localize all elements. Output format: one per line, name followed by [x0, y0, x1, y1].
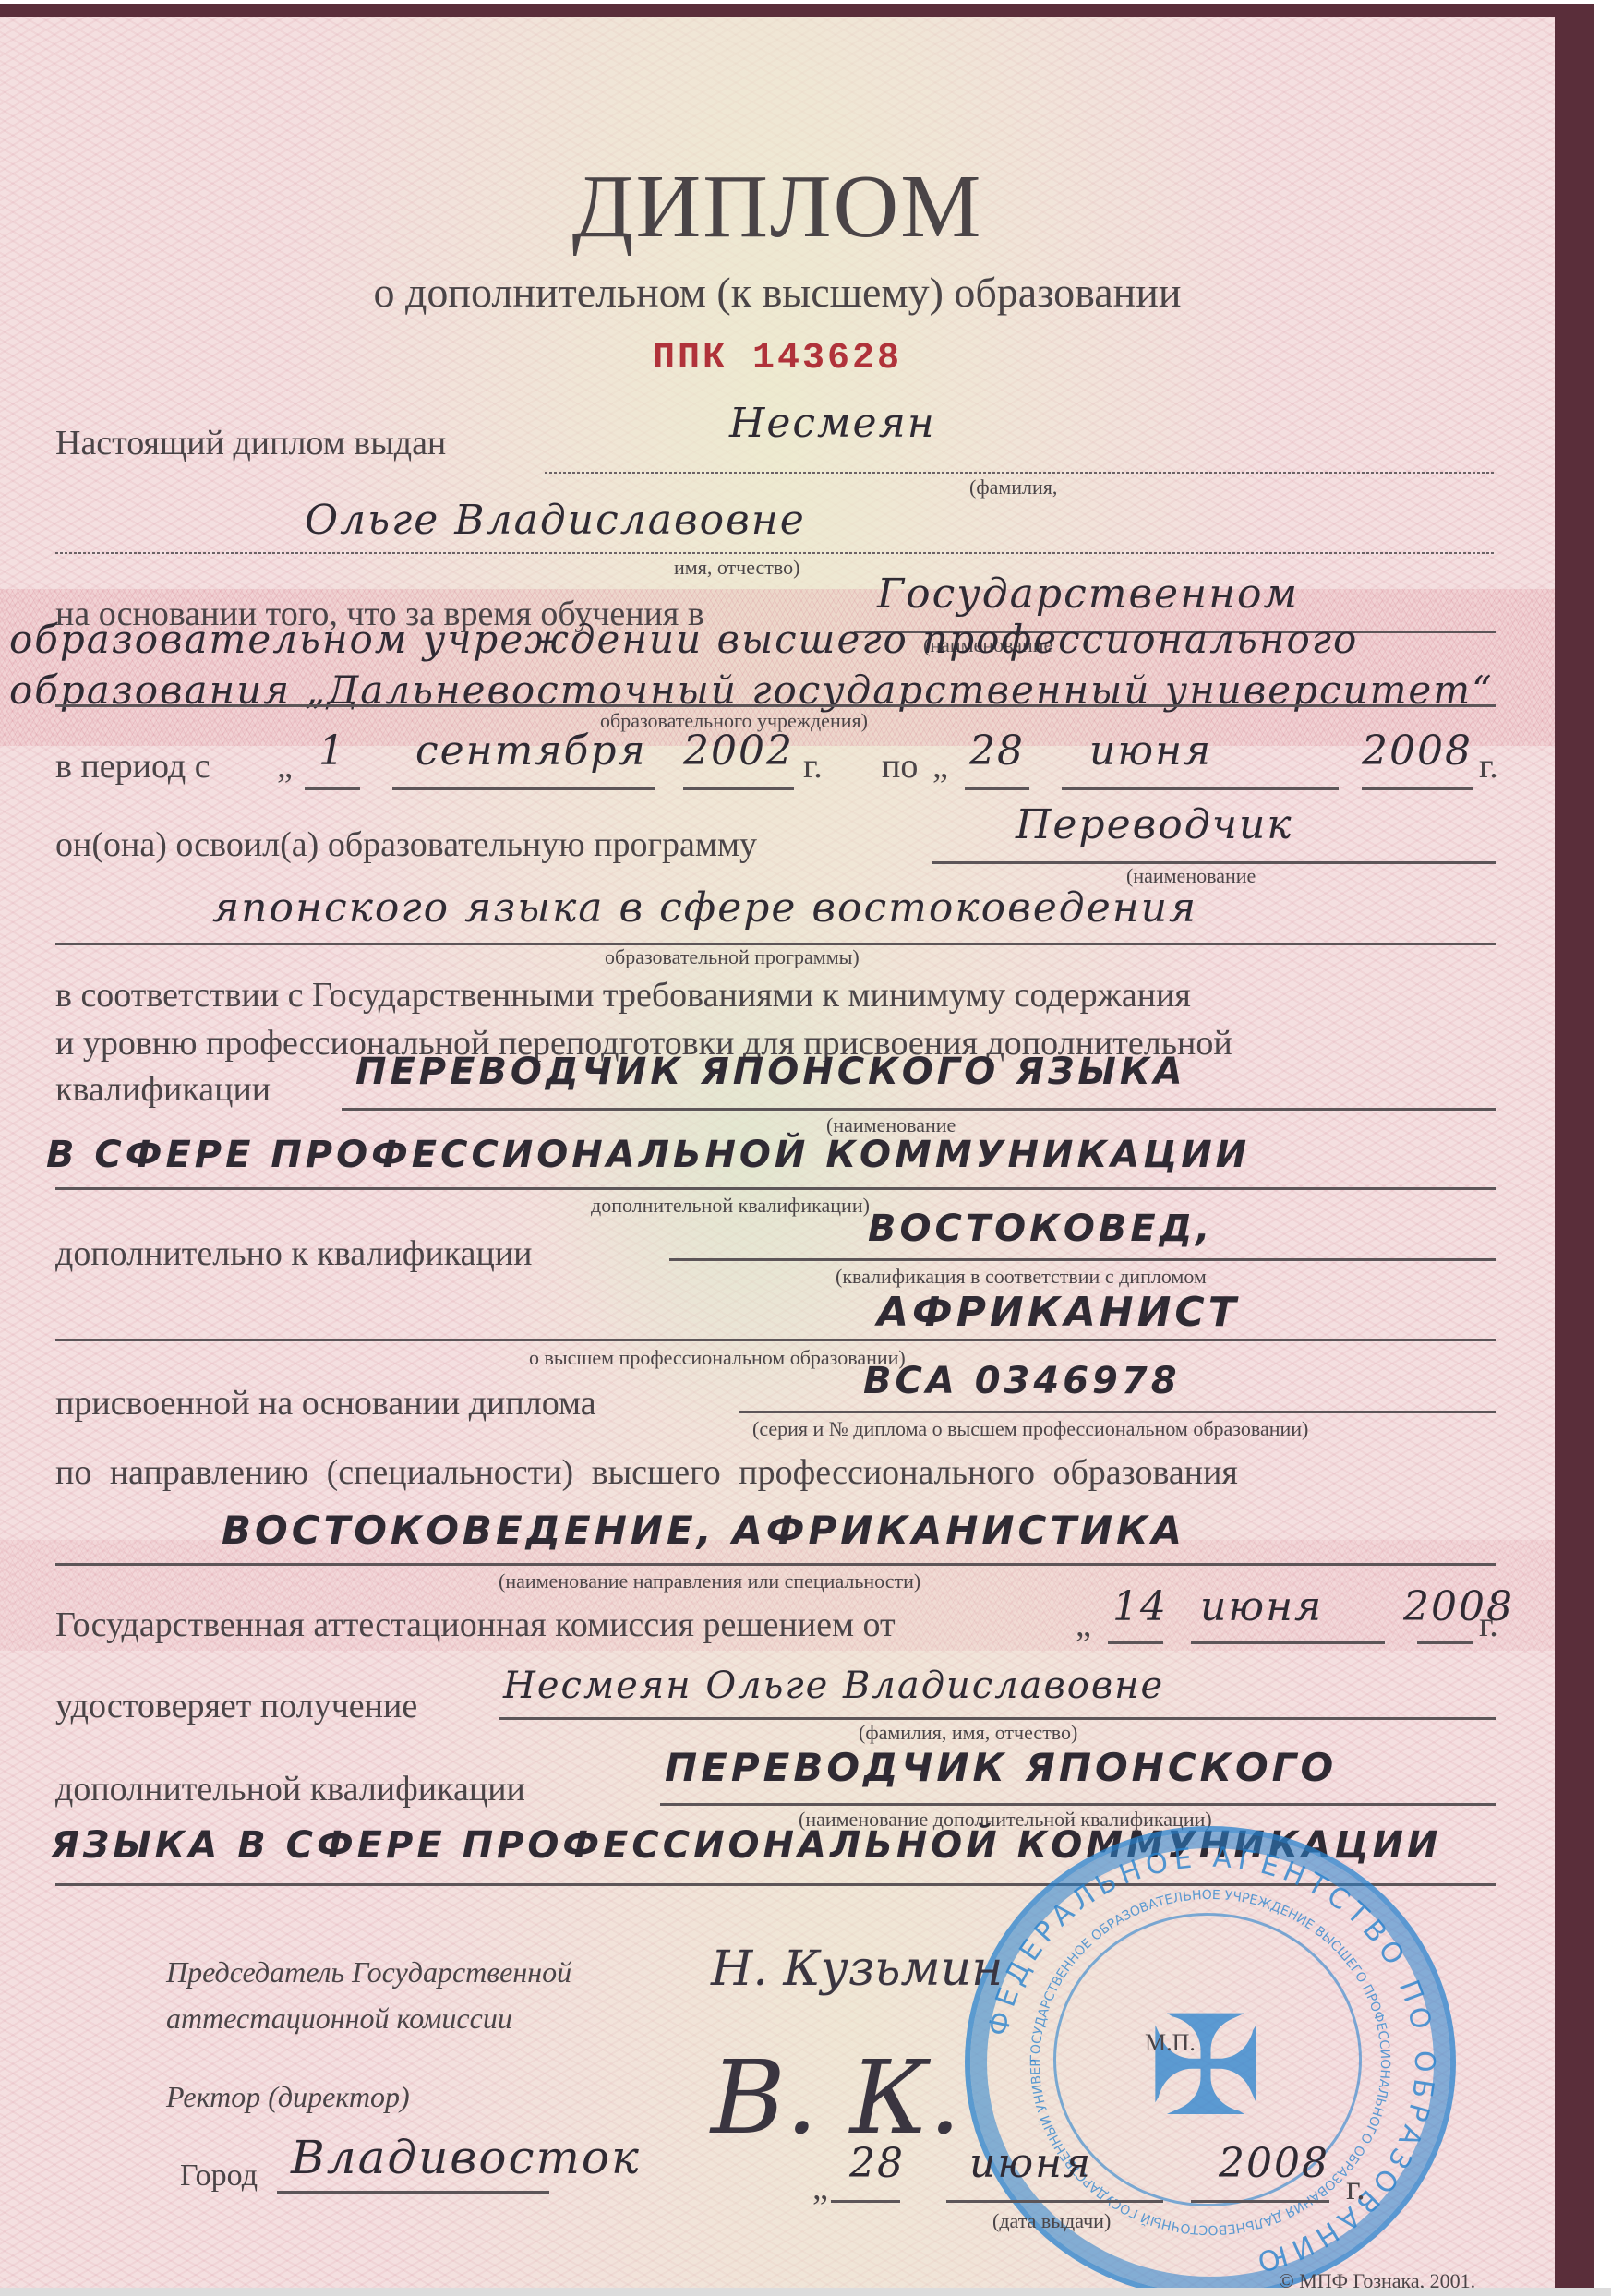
period-to-day: 28 — [969, 727, 1025, 775]
period-to-month: июня — [1089, 727, 1212, 775]
additional-qualification-line1: ПЕРЕВОДЧИК ЯПОНСКОГО — [665, 1745, 1337, 1790]
commission-month: июня — [1200, 1583, 1323, 1630]
scan-background — [0, 2288, 1611, 2296]
field-line — [545, 472, 1496, 474]
caption-issue-date: (дата выдачи) — [992, 2209, 1111, 2233]
program-label: он(она) освоил(а) образовательную програ… — [55, 824, 757, 865]
additional-qualification-label: дополнительной квалификации — [55, 1769, 525, 1809]
specialty-value: ВОСТОКОВЕДЕНИЕ, АФРИКАНИСТИКА — [222, 1508, 1185, 1553]
recipient-surname: Несмеян — [729, 400, 936, 447]
qualification-line1: ПЕРЕВОДЧИК ЯПОНСКОГО ЯЗЫКА — [355, 1051, 1186, 1093]
issue-month: июня — [969, 2140, 1092, 2187]
base-diploma-value: ВСА 0346978 — [863, 1360, 1181, 1402]
base-diploma-label: присвоенной на основании диплома — [55, 1383, 596, 1424]
year-suffix: г. — [1479, 746, 1498, 787]
recipient-name: Ольге Владиславовне — [305, 497, 806, 544]
program-line2: японского языка в сфере востоковедения — [212, 884, 1197, 932]
field-line — [669, 1258, 1496, 1261]
city-label: Город — [180, 2158, 258, 2194]
field-line — [965, 787, 1029, 790]
commission-day: 14 — [1112, 1583, 1168, 1630]
requirements-line1: в соответствии с Государственными требов… — [55, 975, 1191, 1016]
city-value: Владивосток — [291, 2131, 641, 2184]
caption-qualification-bottom: дополнительной квалификации) — [591, 1194, 870, 1218]
quote-mark: „ — [277, 746, 293, 787]
recipient-label: Настоящий диплом выдан — [55, 423, 446, 463]
year-suffix: г. — [803, 746, 823, 787]
caption-base-qualification-bottom: о высшем профессиональном образовании) — [529, 1346, 906, 1370]
field-line — [1191, 2200, 1329, 2203]
field-line — [1362, 787, 1473, 790]
field-line — [55, 1563, 1496, 1566]
period-label-to: по — [882, 746, 918, 787]
caption-surname: (фамилия, — [969, 475, 1057, 499]
period-to-year: 2008 — [1362, 727, 1473, 775]
issue-year: 2008 — [1219, 2140, 1329, 2187]
chair-label-1: Председатель Государственной — [166, 1955, 571, 1989]
base-qualification-line1: ВОСТОКОВЕД, — [868, 1208, 1213, 1250]
coat-of-arms-icon: ✠ — [1127, 1989, 1284, 2146]
field-line — [55, 552, 1496, 554]
seal-label: М.П. — [1145, 2029, 1196, 2057]
field-line — [55, 1187, 1496, 1190]
base-qualification-label: дополнительно к квалификации — [55, 1233, 533, 1274]
rector-label: Ректор (директор) — [166, 2080, 410, 2114]
caption-program-bottom: образовательной программы) — [605, 945, 860, 969]
caption-certifies: (фамилия, имя, отчество) — [859, 1721, 1077, 1745]
document-title: ДИПЛОМ — [0, 155, 1555, 258]
field-line — [739, 1411, 1496, 1413]
field-line — [55, 1339, 1496, 1341]
document-subtitle: о дополнительном (к высшему) образовании — [0, 268, 1555, 317]
issue-day: 28 — [849, 2140, 905, 2187]
period-from-month: сентября — [415, 727, 647, 775]
serial-number: ППК 143628 — [0, 338, 1555, 379]
quote-mark: „ — [932, 746, 948, 787]
caption-base-diploma: (серия и № диплома о высшем профессионал… — [752, 1417, 1308, 1441]
field-line — [499, 1717, 1496, 1720]
field-line — [683, 787, 794, 790]
commission-label: Государственная аттестационная комиссия … — [55, 1605, 896, 1645]
institution-line1: Государственном — [877, 571, 1299, 618]
caption-specialty: (наименование направления или специально… — [499, 1569, 920, 1593]
field-line — [1191, 1641, 1385, 1644]
specialty-label: по направлению (специальности) высшего п… — [55, 1452, 1238, 1493]
field-line — [946, 2200, 1163, 2203]
quote-mark: „ — [1076, 1605, 1091, 1645]
certifies-label: удостоверяет получение — [55, 1686, 417, 1726]
rector-signature: В. К. — [711, 2038, 961, 2157]
period-from-day: 1 — [319, 727, 346, 775]
institution-line2: образовательном учреждении высшего профе… — [9, 617, 1358, 662]
field-line — [660, 1803, 1496, 1806]
field-line — [305, 787, 360, 790]
printer-copyright: © МПФ Гознака, 2001. — [1279, 2269, 1475, 2288]
field-line — [831, 2200, 900, 2203]
diploma-page: ДИПЛОМ о дополнительном (к высшему) обра… — [0, 17, 1555, 2288]
field-line — [1062, 787, 1339, 790]
year-suffix: г. — [1346, 2168, 1365, 2208]
chair-signature: Н. Кузьмин — [711, 1941, 1003, 1997]
certifies-value: Несмеян Ольге Владиславовне — [503, 1665, 1164, 1707]
year-suffix: г. — [1479, 1605, 1498, 1645]
field-line — [1417, 1641, 1473, 1644]
field-line — [55, 704, 1496, 707]
qualification-label: квалификации — [55, 1069, 271, 1110]
chair-label-2: аттестационной комиссии — [166, 2001, 512, 2036]
program-line1: Переводчик — [1016, 801, 1293, 848]
field-line — [1108, 1641, 1163, 1644]
field-line — [392, 787, 655, 790]
caption-base-qualification-top: (квалификация в соответствии с дипломом — [836, 1265, 1207, 1289]
caption-name: имя, отчество) — [674, 556, 799, 580]
period-from-year: 2002 — [683, 727, 794, 775]
period-label-from: в период с — [55, 746, 210, 787]
base-qualification-line2: АФРИКАНИСТ — [877, 1289, 1240, 1336]
qualification-line2: В СФЕРЕ ПРОФЕССИОНАЛЬНОЙ КОММУНИКАЦИИ — [46, 1134, 1250, 1176]
field-line — [277, 2191, 549, 2194]
quote-mark: „ — [812, 2168, 828, 2208]
field-line — [342, 1108, 1496, 1111]
